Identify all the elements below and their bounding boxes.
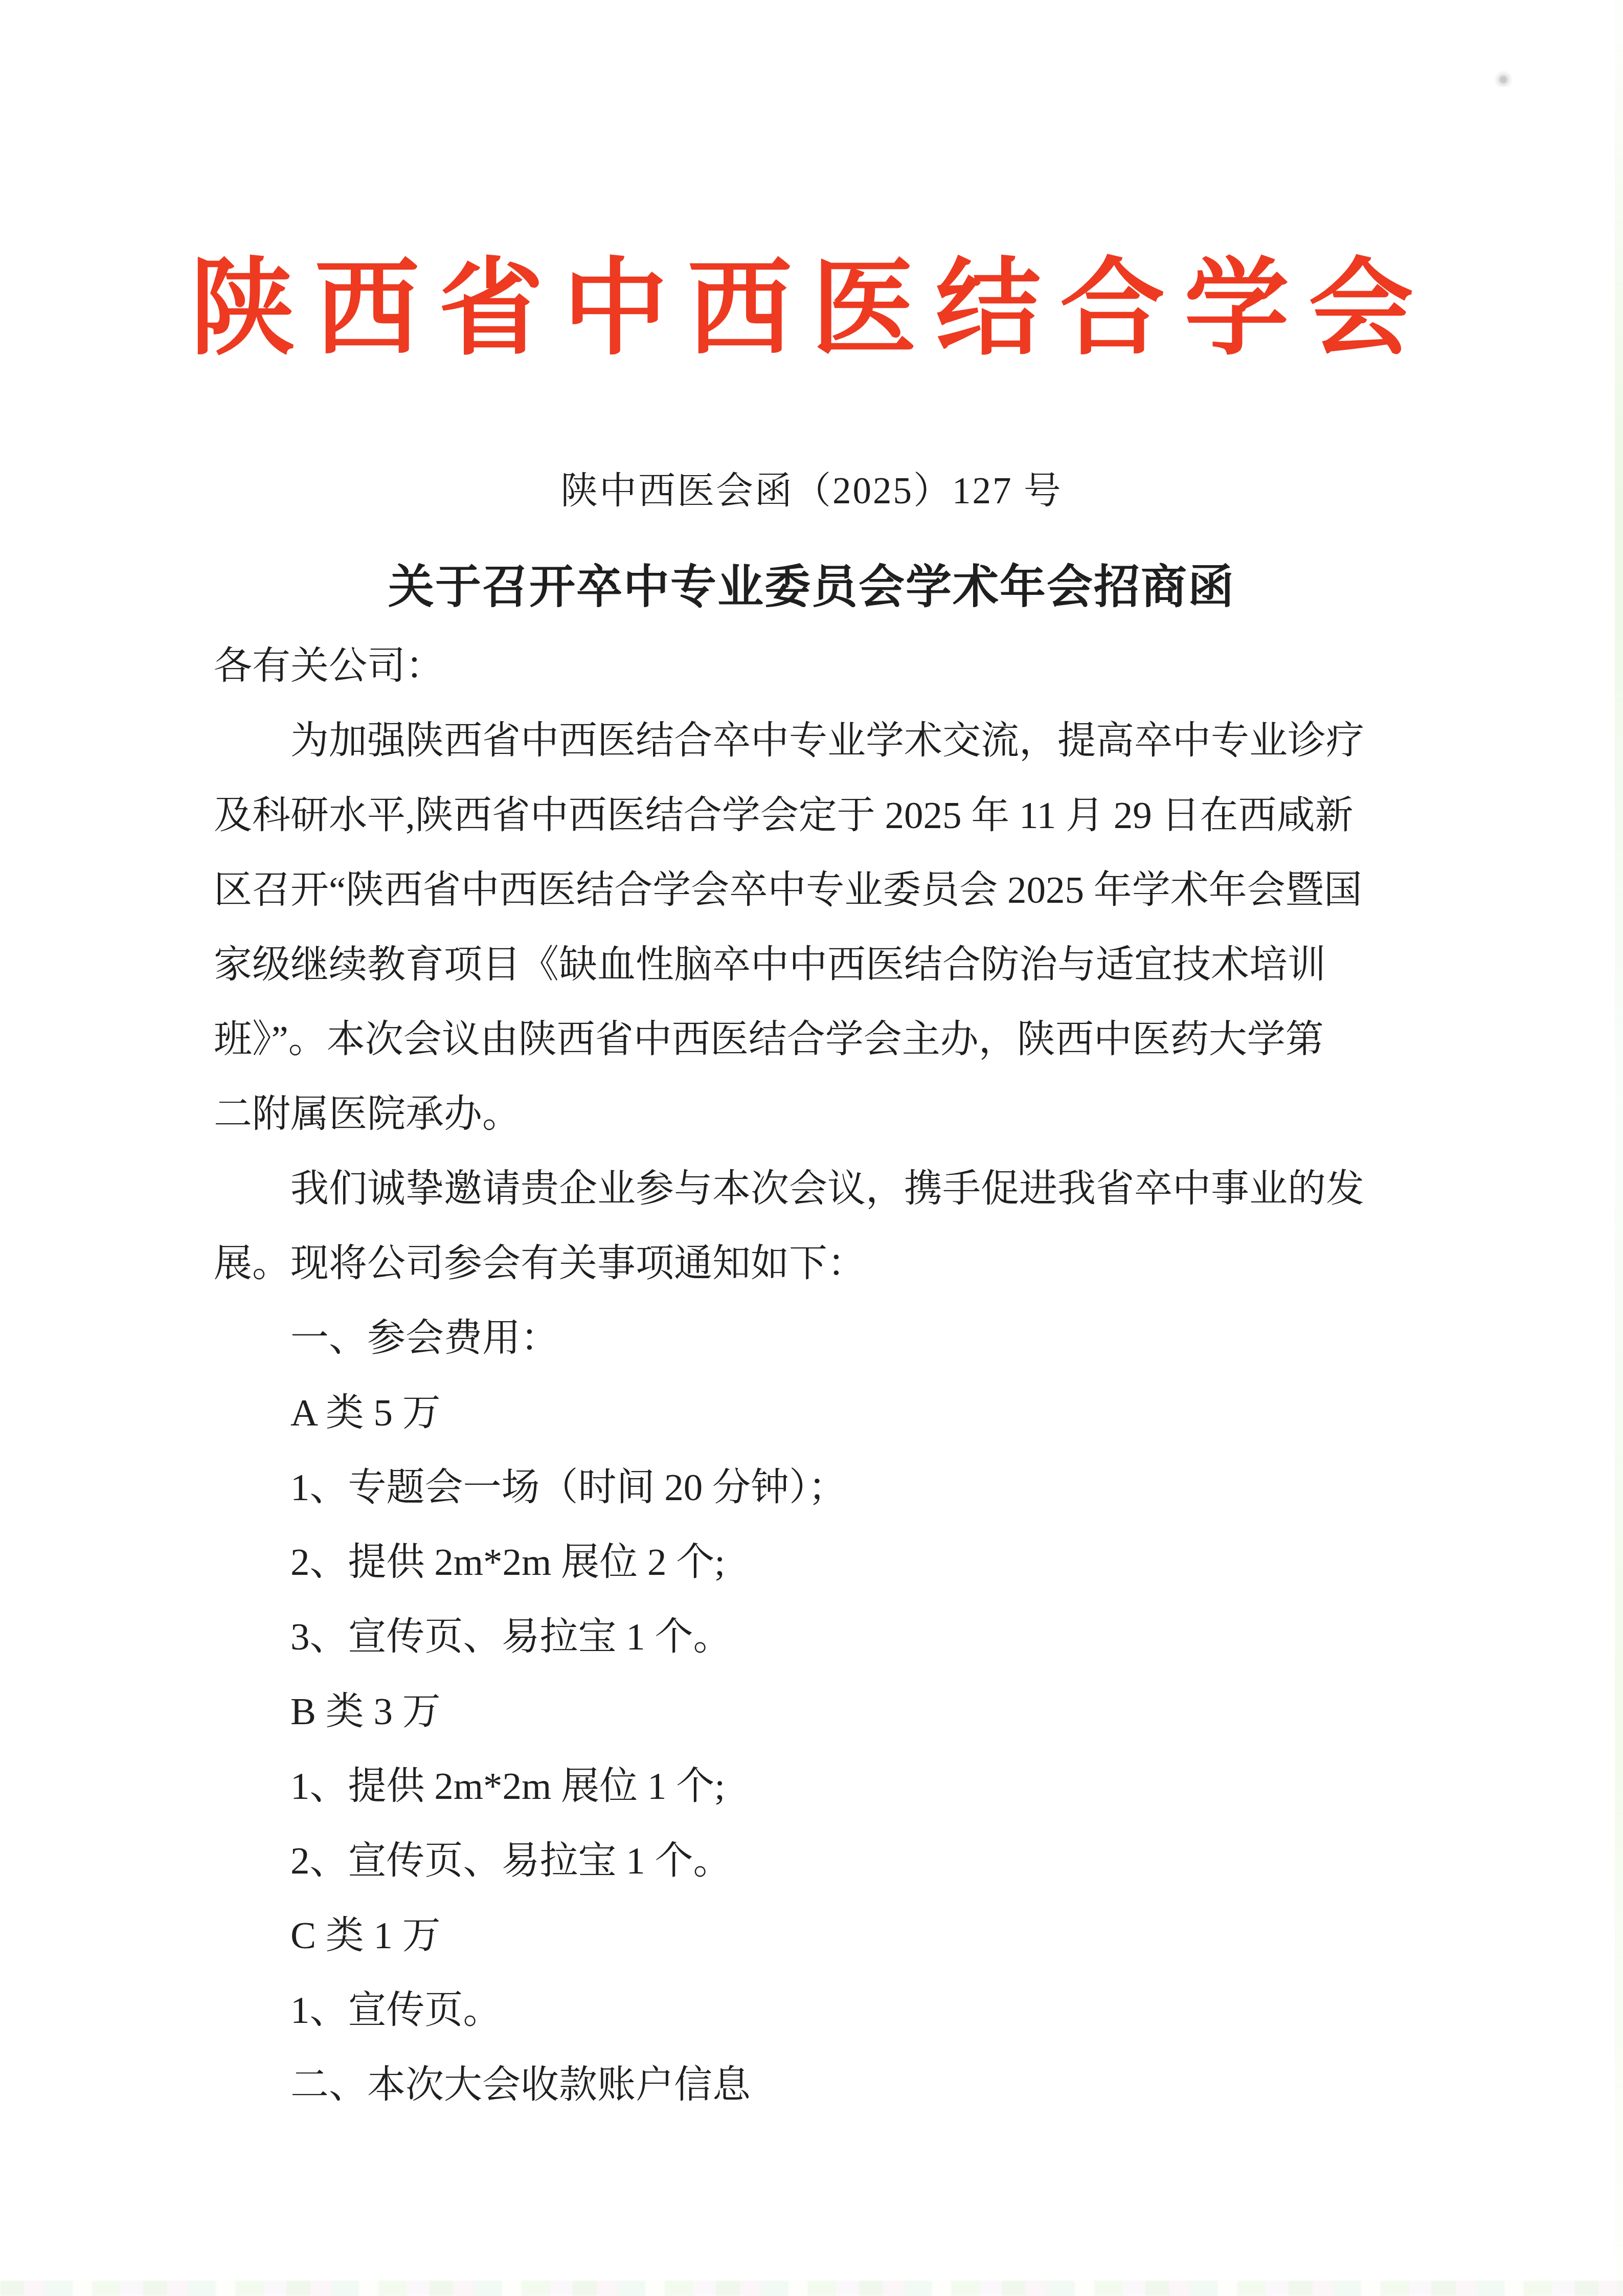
salutation: 各有关公司： [214,629,1415,704]
scanned-letter-page: { "document": { "header": { "org_title":… [0,0,1623,2296]
fee-item: 3、宣传页、易拉宝 1 个。 [214,1600,1415,1675]
section-heading-account: 二、本次大会收款账户信息 [214,2048,1415,2123]
scan-noise-strip [0,2281,1623,2296]
body-line: 及科研水平,陕西省中西医结合学会定于 2025 年 11 月 29 日在西咸新 [214,778,1415,853]
fee-tier-c: C 类 1 万 [214,1899,1415,1973]
fee-item: 2、提供 2m*2m 展位 2 个; [214,1525,1415,1600]
section-heading-fees: 一、参会费用： [214,1301,1415,1376]
body-line: 我们诚挚邀请贵企业参与本次会议，携手促进我省卒中事业的发 [214,1152,1415,1227]
fee-item: 1、专题会一场（时间 20 分钟）； [214,1451,1415,1525]
body-line: 展。现将公司参会有关事项通知如下： [214,1227,1415,1301]
body-line: 家级继续教育项目《缺血性脑卒中中西医结合防治与适宜技术培训 [214,928,1415,1002]
fee-item: 1、提供 2m*2m 展位 1 个; [214,1749,1415,1824]
body-line: 班》”。本次会议由陕西省中西医结合学会主办，陕西中医药大学第 [214,1002,1415,1077]
body-line: 二附属医院承办。 [214,1077,1415,1152]
letter-body: 各有关公司： 为加强陕西省中西医结合卒中专业学术交流，提高卒中专业诊疗 及科研水… [214,629,1415,2123]
scan-smudge-artifact [1494,71,1513,87]
document-reference-number: 陕中西医会函（2025）127 号 [0,460,1623,514]
body-line: 为加强陕西省中西医结合卒中专业学术交流，提高卒中专业诊疗 [214,704,1415,778]
fee-tier-a: A 类 5 万 [214,1376,1415,1451]
scan-edge-artifact [1615,0,1623,2296]
body-line: 区召开“陕西省中西医结合学会卒中专业委员会 2025 年学术年会暨国 [214,853,1415,928]
fee-item: 1、宣传页。 [214,1973,1415,2048]
letter-page: 陕西省中西医结合学会 陕中西医会函（2025）127 号 关于召开卒中专业委员会… [0,0,1623,2296]
fee-tier-b: B 类 3 万 [214,1675,1415,1749]
document-title: 关于召开卒中专业委员会学术年会招商函 [0,549,1623,616]
fee-item: 2、宣传页、易拉宝 1 个。 [214,1824,1415,1899]
organization-title: 陕西省中西医结合学会 [0,252,1623,367]
